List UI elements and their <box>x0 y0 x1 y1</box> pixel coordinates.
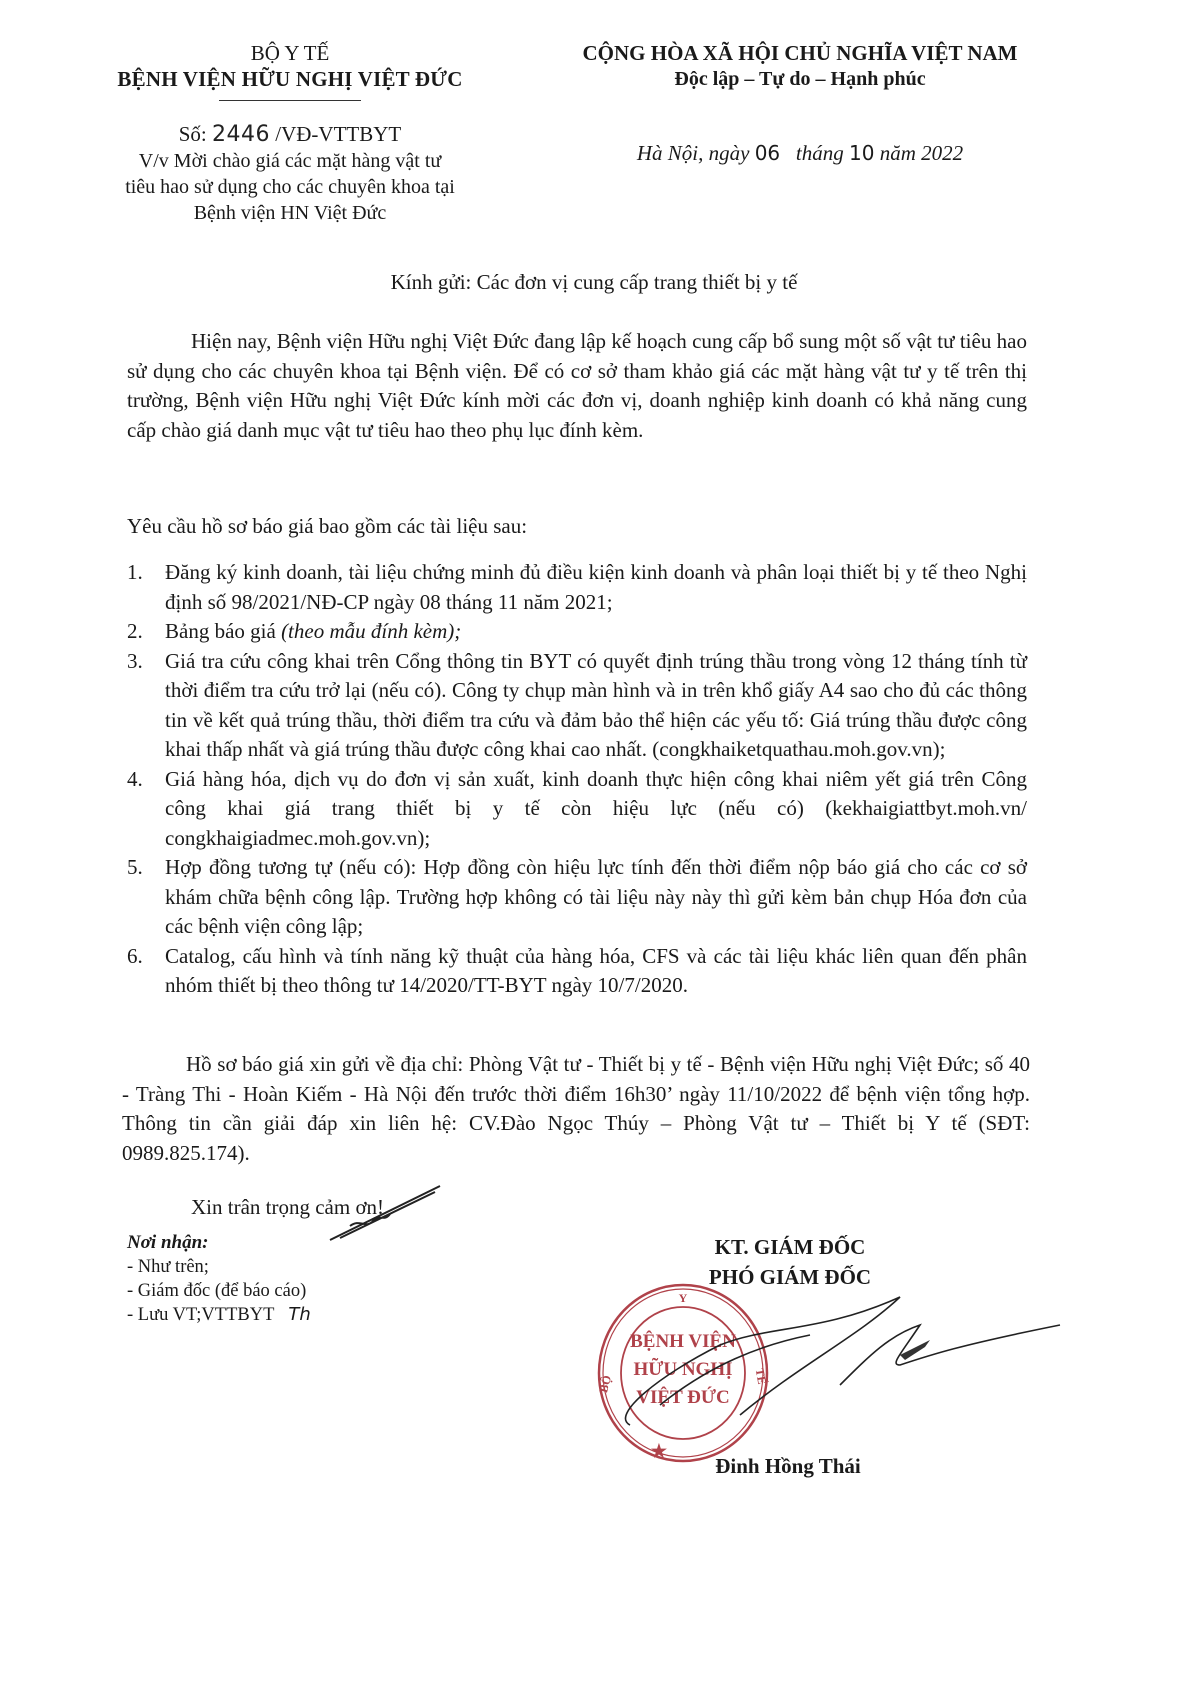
list-item: 6.Catalog, cấu hình và tính năng kỹ thuậ… <box>127 942 1027 1001</box>
header-underline <box>219 100 361 101</box>
intro-paragraph: Hiện nay, Bệnh viện Hữu nghị Việt Đức đa… <box>127 327 1027 445</box>
greeting: Kính gửi: Các đơn vị cung cấp trang thiế… <box>0 270 1188 295</box>
recipient-item: - Như trên; <box>127 1255 311 1279</box>
list-item: 4.Giá hàng hóa, dịch vụ do đơn vị sản xu… <box>127 765 1027 854</box>
national-motto: Độc lập – Tự do – Hạnh phúc <box>520 66 1080 92</box>
recipients-block: Nơi nhận: - Như trên; - Giám đốc (để báo… <box>127 1231 311 1327</box>
list-item: 5.Hợp đồng tương tự (nếu có): Hợp đồng c… <box>127 853 1027 942</box>
nation-title: CỘNG HÒA XÃ HỘI CHỦ NGHĨA VIỆT NAM <box>520 40 1080 66</box>
handwritten-day: 06 <box>755 141 780 165</box>
handwritten-month: 10 <box>849 141 874 165</box>
document-number: Số: 2446 /VĐ-VTTBYT <box>80 121 500 148</box>
handwritten-doc-number: 2446 <box>212 122 270 147</box>
list-item: 2.Bảng báo giá (theo mẫu đính kèm); <box>127 617 1027 647</box>
requirements-heading: Yêu cầu hồ sơ báo giá bao gồm các tài li… <box>127 512 1027 542</box>
document-date: Hà Nội, ngày 06 tháng 10 năm 2022 <box>520 140 1080 166</box>
initial-signature-icon <box>320 1178 450 1248</box>
signer-name: Đinh Hồng Thái <box>658 1454 918 1479</box>
recipient-item: - Lưu VT;VTTBYTTh <box>127 1303 311 1327</box>
recipient-item: - Giám đốc (để báo cáo) <box>127 1279 311 1303</box>
issuer-header: BỘ Y TẾ BỆNH VIỆN HỮU NGHỊ VIỆT ĐỨC Số: … <box>80 40 500 226</box>
director-signature-icon <box>600 1285 1080 1435</box>
ministry-name: BỘ Y TẾ <box>80 40 500 66</box>
signature-title-1: KT. GIÁM ĐỐC <box>640 1232 940 1262</box>
national-header: CỘNG HÒA XÃ HỘI CHỦ NGHĨA VIỆT NAM Độc l… <box>520 40 1080 166</box>
requirements-list: 1.Đăng ký kinh doanh, tài liệu chứng min… <box>127 558 1027 1001</box>
hospital-name: BỆNH VIỆN HỮU NGHỊ VIỆT ĐỨC <box>80 66 500 92</box>
recipients-title: Nơi nhận: <box>127 1231 311 1255</box>
list-item: 3.Giá tra cứu công khai trên Cổng thông … <box>127 647 1027 765</box>
subject-line: V/v Mời chào giá các mặt hàng vật tư tiê… <box>80 148 500 226</box>
submission-paragraph: Hồ sơ báo giá xin gửi về địa chỉ: Phòng … <box>122 1050 1030 1168</box>
handwritten-initials: Th <box>288 1303 310 1327</box>
list-item: 1.Đăng ký kinh doanh, tài liệu chứng min… <box>127 558 1027 617</box>
